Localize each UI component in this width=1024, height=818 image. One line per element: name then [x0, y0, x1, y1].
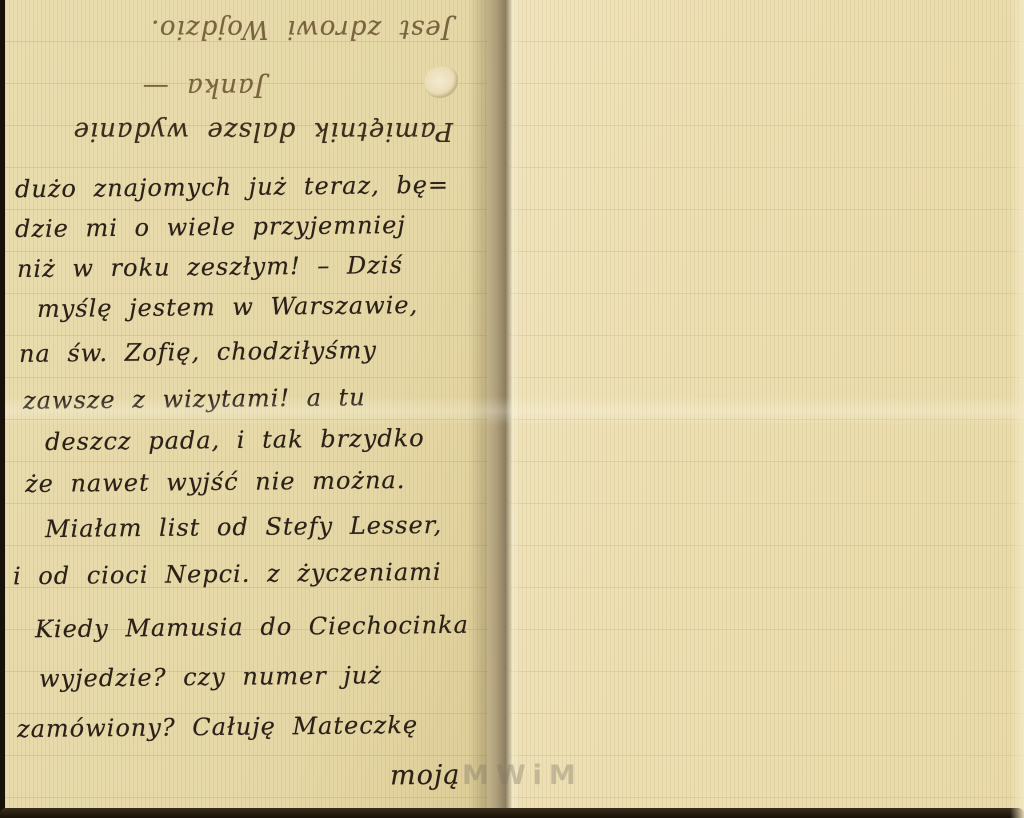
letter-left-page: Jest zdrowi Wojdzio. Janka — Pamiętnik d… [5, 0, 487, 818]
handwriting-line: zamówiony? Całuję Mateczkę [17, 711, 418, 743]
scan-edge-left [0, 0, 5, 818]
handwriting-line: na św. Zofię, chodziłyśmy [19, 336, 377, 368]
inverted-handwriting-line: Jest zdrowi Wojdzio. [60, 14, 452, 44]
inverted-handwriting-line: Janka — [29, 72, 265, 102]
watermark-text: MWiM [462, 760, 583, 791]
handwriting-line: Kiedy Mamusia do Ciechocinka [35, 611, 469, 644]
handwriting-line: Miałam list od Stefy Lesser, [45, 511, 442, 543]
handwriting-line: i od cioci Nepci. z życzeniami [13, 558, 442, 590]
scan-edge-bottom [0, 808, 1024, 818]
handwriting-line: niż w roku zeszłym! – Dziś [17, 251, 403, 283]
handwriting-line: wyjedzie? czy numer już [39, 661, 382, 693]
handwriting-line: dużo znajomych już teraz, bę= [15, 171, 449, 204]
handwriting-line: deszcz pada, i tak brzydko [45, 424, 425, 456]
page-edge-right [1010, 0, 1024, 818]
handwriting-line: zawsze z wizytami! a tu [23, 383, 366, 415]
signature-word: moją [390, 760, 461, 792]
inverted-handwriting-line: Pamiętnik dalsze wydanie [13, 116, 453, 146]
torn-paper-patch [424, 66, 458, 98]
letter-right-page: 17 Maj 09. Najdroższa Mamusiu! W tej chw… [510, 0, 1024, 818]
handwriting-line: dzie mi o wiele przyjemniej [15, 211, 406, 243]
handwriting-line: że nawet wyjść nie można. [25, 466, 406, 498]
scanned-letter-spread: Jest zdrowi Wojdzio. Janka — Pamiętnik d… [0, 0, 1024, 818]
handwriting-line: myślę jestem w Warszawie, [37, 291, 418, 323]
